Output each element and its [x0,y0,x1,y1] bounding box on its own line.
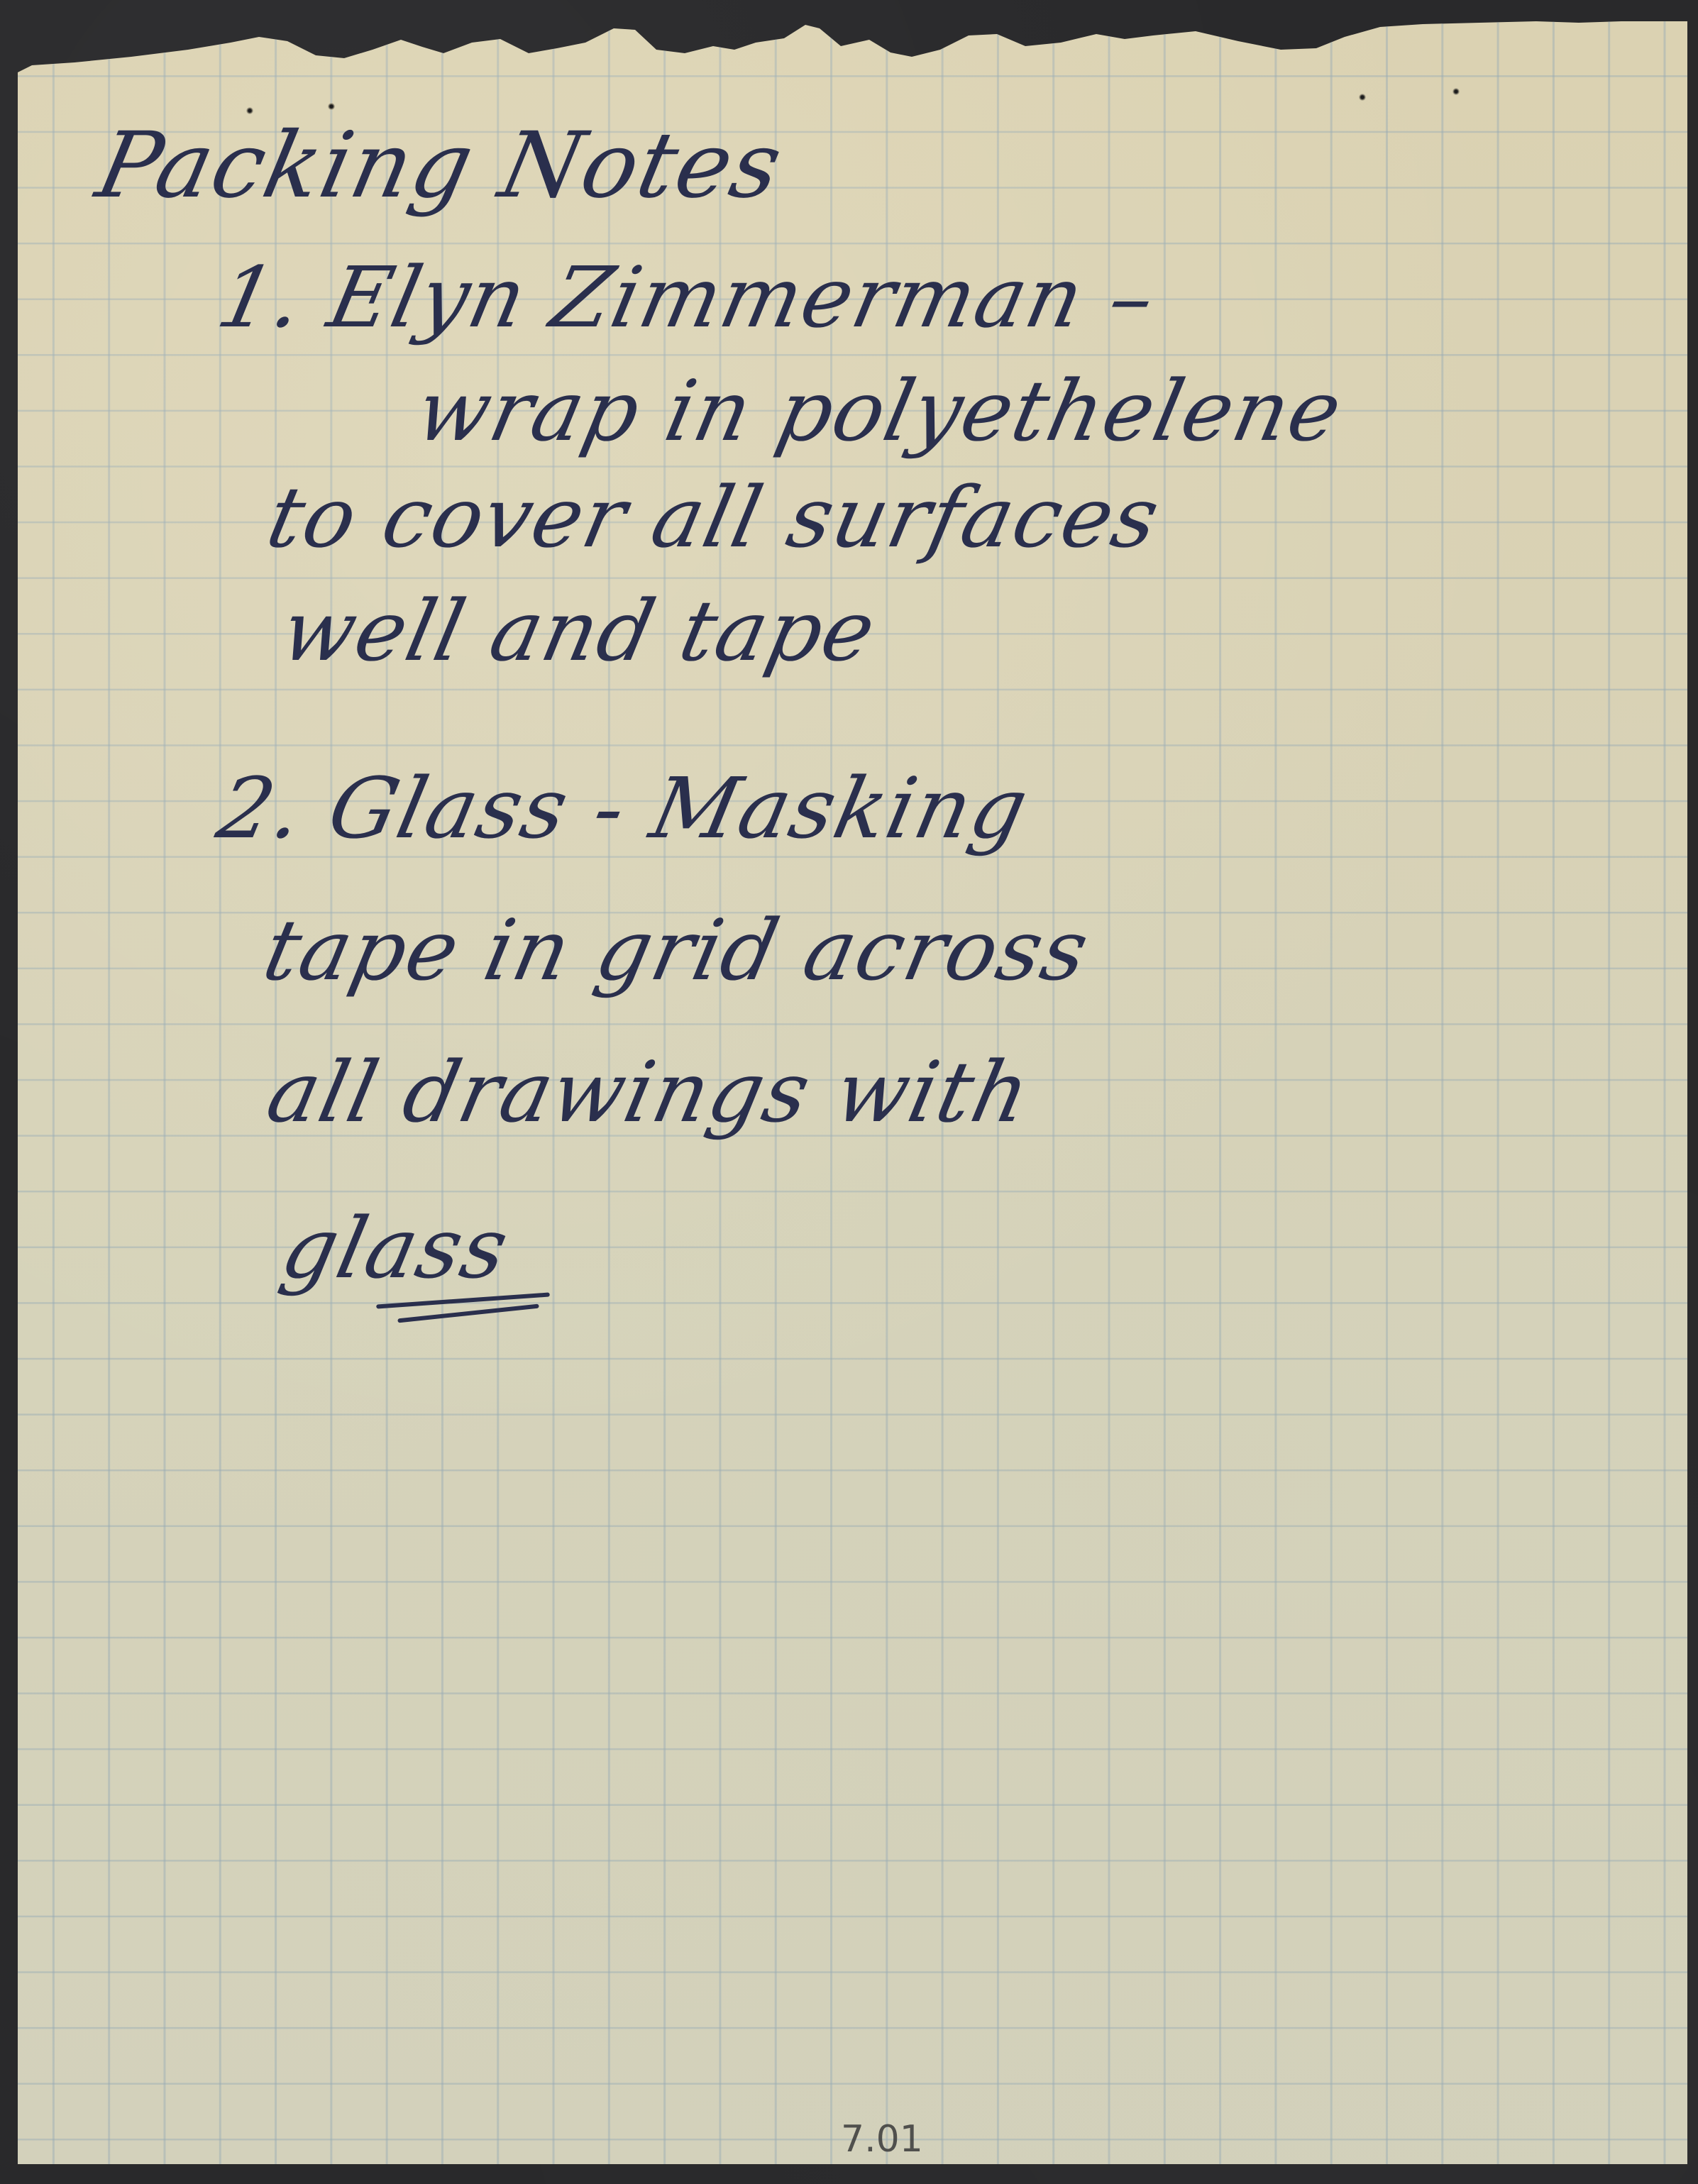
item-2-line-2: tape in grid across [257,908,1096,992]
page-number: 7.01 [841,2118,923,2161]
pinhole-mark [1359,94,1366,101]
item-2-line-3: all drawings with [260,1050,1037,1134]
item-2-line-4: glass [275,1206,516,1290]
item-1-line-2: wrap in polyethelene [409,369,1350,453]
note-title: Packing Notes [89,121,790,211]
item-1-line-1: 1. Elyn Zimmerman – [211,255,1163,339]
pinhole-mark [1452,88,1460,95]
pinhole-mark [328,103,335,110]
item-2-line-1: 2. Glass - Masking [211,766,1035,850]
item-1-line-3: to cover all surfaces [260,475,1167,559]
item-1-line-4: well and tape [275,589,883,673]
